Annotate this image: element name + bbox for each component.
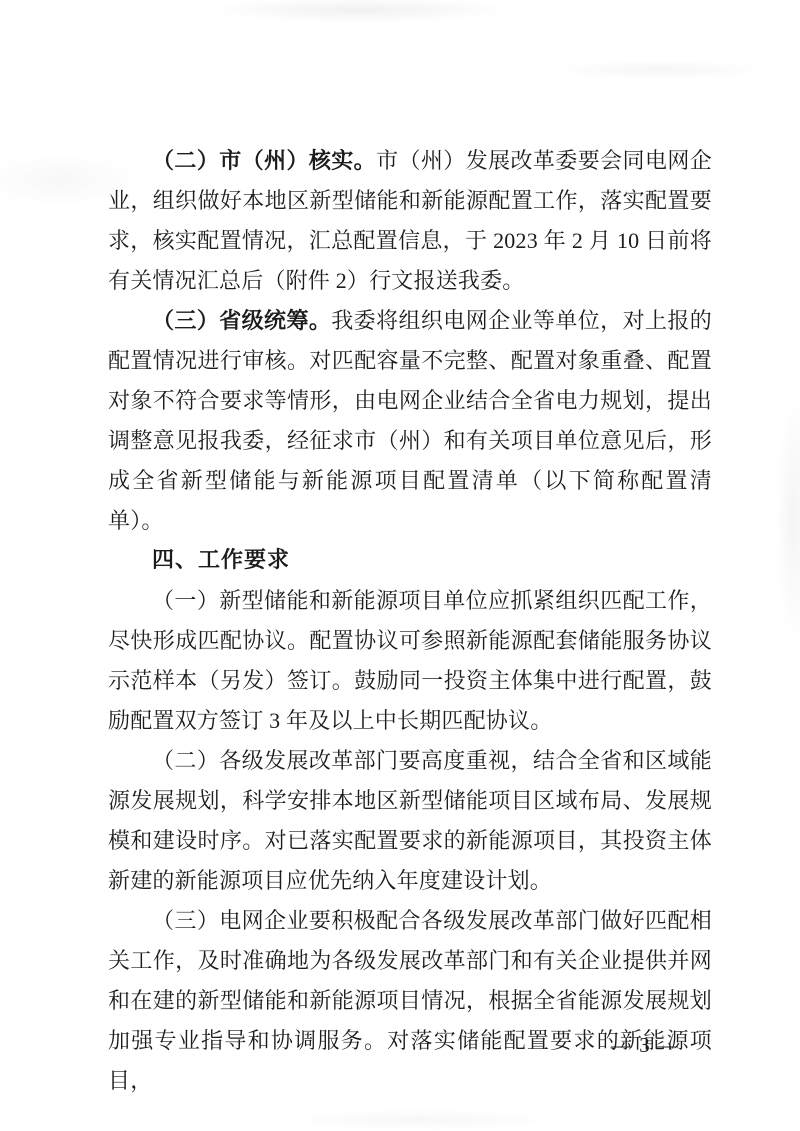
- paragraph-city-verification: （二）市（州）核实。市（州）发展改革委要会同电网企业，组织做好本地区新型储能和新…: [108, 141, 712, 301]
- paragraph-provincial-coordination: （三）省级统筹。我委将组织电网企业等单位，对上报的配置情况进行审核。对匹配容量不…: [108, 301, 712, 541]
- paragraph-work-req-1: （一）新型储能和新能源项目单位应抓紧组织匹配工作，尽快形成匹配协议。配置协议可参…: [108, 581, 712, 741]
- document-page: （二）市（州）核实。市（州）发展改革委要会同电网企业，组织做好本地区新型储能和新…: [0, 0, 800, 1131]
- paragraph-city-verification-lead: （二）市（州）核实。: [152, 148, 376, 173]
- paragraph-provincial-coordination-lead: （三）省级统筹。: [152, 308, 331, 333]
- document-body: （二）市（州）核实。市（州）发展改革委要会同电网企业，组织做好本地区新型储能和新…: [108, 141, 712, 1101]
- paragraph-work-req-3: （三）电网企业要积极配合各级发展改革部门做好匹配相关工作，及时准确地为各级发展改…: [108, 901, 712, 1101]
- page-number: — 3 —: [611, 1030, 679, 1060]
- paragraph-work-req-2: （二）各级发展改革部门要高度重视，结合全省和区域能源发展规划，科学安排本地区新型…: [108, 741, 712, 901]
- section-heading-work-requirements: 四、工作要求: [108, 541, 712, 581]
- paragraph-provincial-coordination-text: 我委将组织电网企业等单位，对上报的配置情况进行审核。对匹配容量不完整、配置对象重…: [108, 308, 712, 533]
